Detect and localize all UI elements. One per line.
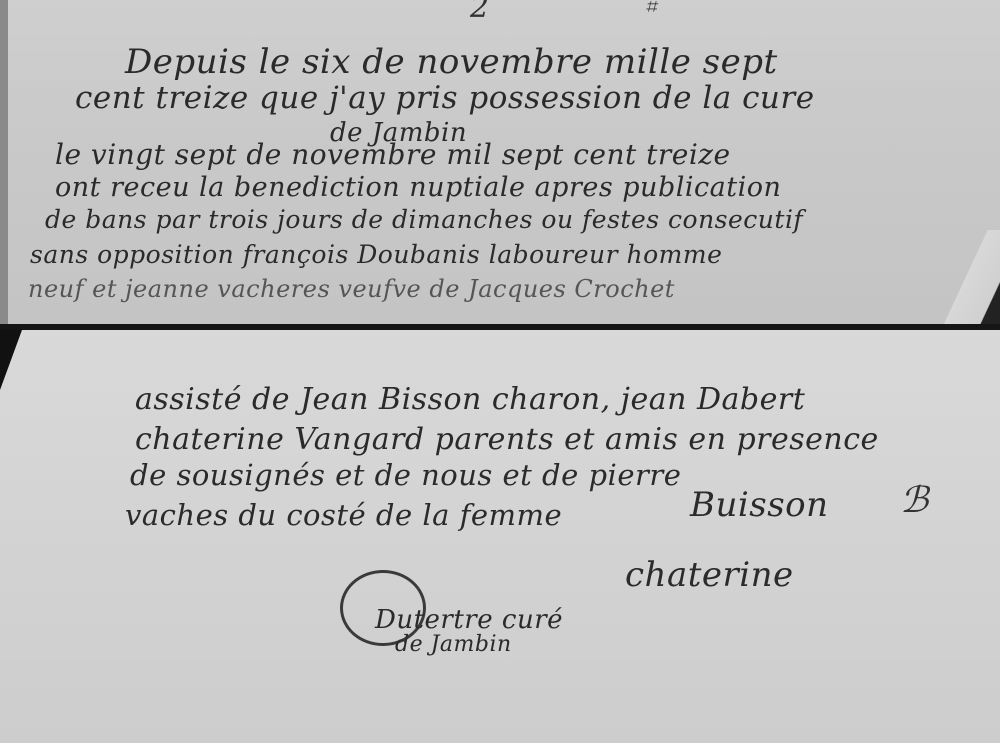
top-document-fragment: 2 ⌗ Depuis le six de novembre mille sept…: [0, 0, 1000, 326]
text-line-4: le vingt sept de novembre mil sept cent …: [55, 138, 731, 171]
signature-flourish: ℬ: [900, 480, 928, 521]
ink-scribble: ⌗: [645, 0, 656, 18]
paper-edge-shadow: [0, 0, 8, 326]
header-mark: 2: [470, 0, 489, 25]
text-line-1: Depuis le six de novembre mille sept: [125, 42, 778, 82]
text-line-8: neuf et jeanne vacheres veufve de Jacque…: [28, 275, 675, 303]
torn-corner: [0, 330, 22, 390]
text-line-6: de bans par trois jours de dimanches ou …: [45, 205, 803, 234]
text-line-2: cent treize que j'ay pris possession de …: [75, 80, 815, 116]
text-line-11: de sousignés et de nous et de pierre: [130, 458, 681, 492]
signature-buisson: Buisson: [690, 485, 829, 525]
text-line-7: sans opposition françois Doubanis labour…: [30, 240, 722, 269]
text-line-9: assisté de Jean Bisson charon, jean Dabe…: [135, 382, 805, 417]
text-line-10: chaterine Vangard parents et amis en pre…: [135, 422, 879, 457]
text-line-12: vaches du costé de la femme: [125, 498, 562, 532]
signature-priest: Dutertre curé: [375, 605, 563, 635]
signature-priest-parish: de Jambin: [395, 632, 512, 657]
signature-chaterine: chaterine: [625, 555, 794, 595]
paper-fold: [940, 230, 1000, 326]
text-line-5: ont receu la benediction nuptiale apres …: [55, 172, 781, 203]
bottom-document-fragment: assisté de Jean Bisson charon, jean Dabe…: [0, 330, 1000, 743]
